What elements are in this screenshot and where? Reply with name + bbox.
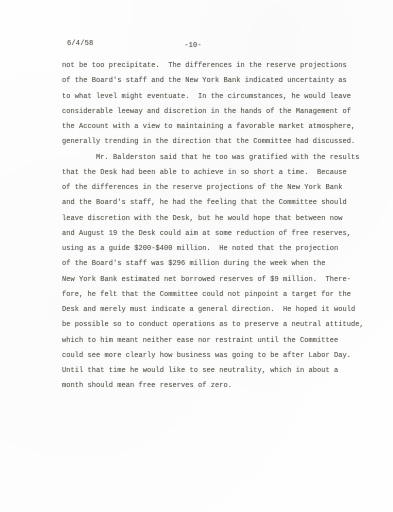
text-line: which to him meant neither ease nor rest… — [62, 334, 362, 349]
text-line: Desk and merely must indicate a general … — [62, 303, 362, 318]
text-line: of the differences in the reserve projec… — [62, 181, 362, 196]
document-date: 6/4/58 — [67, 40, 93, 48]
text-line: that the Desk had been able to achieve i… — [62, 166, 362, 181]
text-line: Until that time he would like to see neu… — [62, 364, 362, 379]
text-line: generally trending in the direction that… — [62, 135, 362, 150]
text-line: using as a guide $200-$400 million. He n… — [62, 242, 362, 257]
document-page: 6/4/58 -10- not be too precipitate. The … — [0, 0, 393, 512]
text-line: and the Board's staff, he had the feelin… — [62, 196, 362, 211]
text-line: of the Board's staff and the New York Ba… — [62, 74, 362, 89]
text-line: leave discretion with the Desk, but he w… — [62, 212, 362, 227]
text-line: to what level might eventuate. In the ci… — [62, 90, 362, 105]
page-number: -10- — [184, 42, 202, 50]
text-line: of the Board's staff was $296 million du… — [62, 257, 362, 272]
text-line: month should mean free reserves of zero. — [62, 379, 362, 394]
document-body: not be too precipitate. The differences … — [62, 59, 362, 395]
text-line: New York Bank estimated net borrowed res… — [62, 273, 362, 288]
text-line: not be too precipitate. The differences … — [62, 59, 362, 74]
text-line: Mr. Balderston said that he too was grat… — [62, 151, 362, 166]
text-line: the Account with a view to maintaining a… — [62, 120, 362, 135]
text-line: be possible so to conduct operations as … — [62, 318, 362, 333]
text-line: considerable leeway and discretion in th… — [62, 105, 362, 120]
text-line: fore, he felt that the Committee could n… — [62, 288, 362, 303]
text-line: and August 19 the Desk could aim at some… — [62, 227, 362, 242]
text-line: could see more clearly how business was … — [62, 349, 362, 364]
page-header: 6/4/58 -10- — [0, 40, 393, 54]
